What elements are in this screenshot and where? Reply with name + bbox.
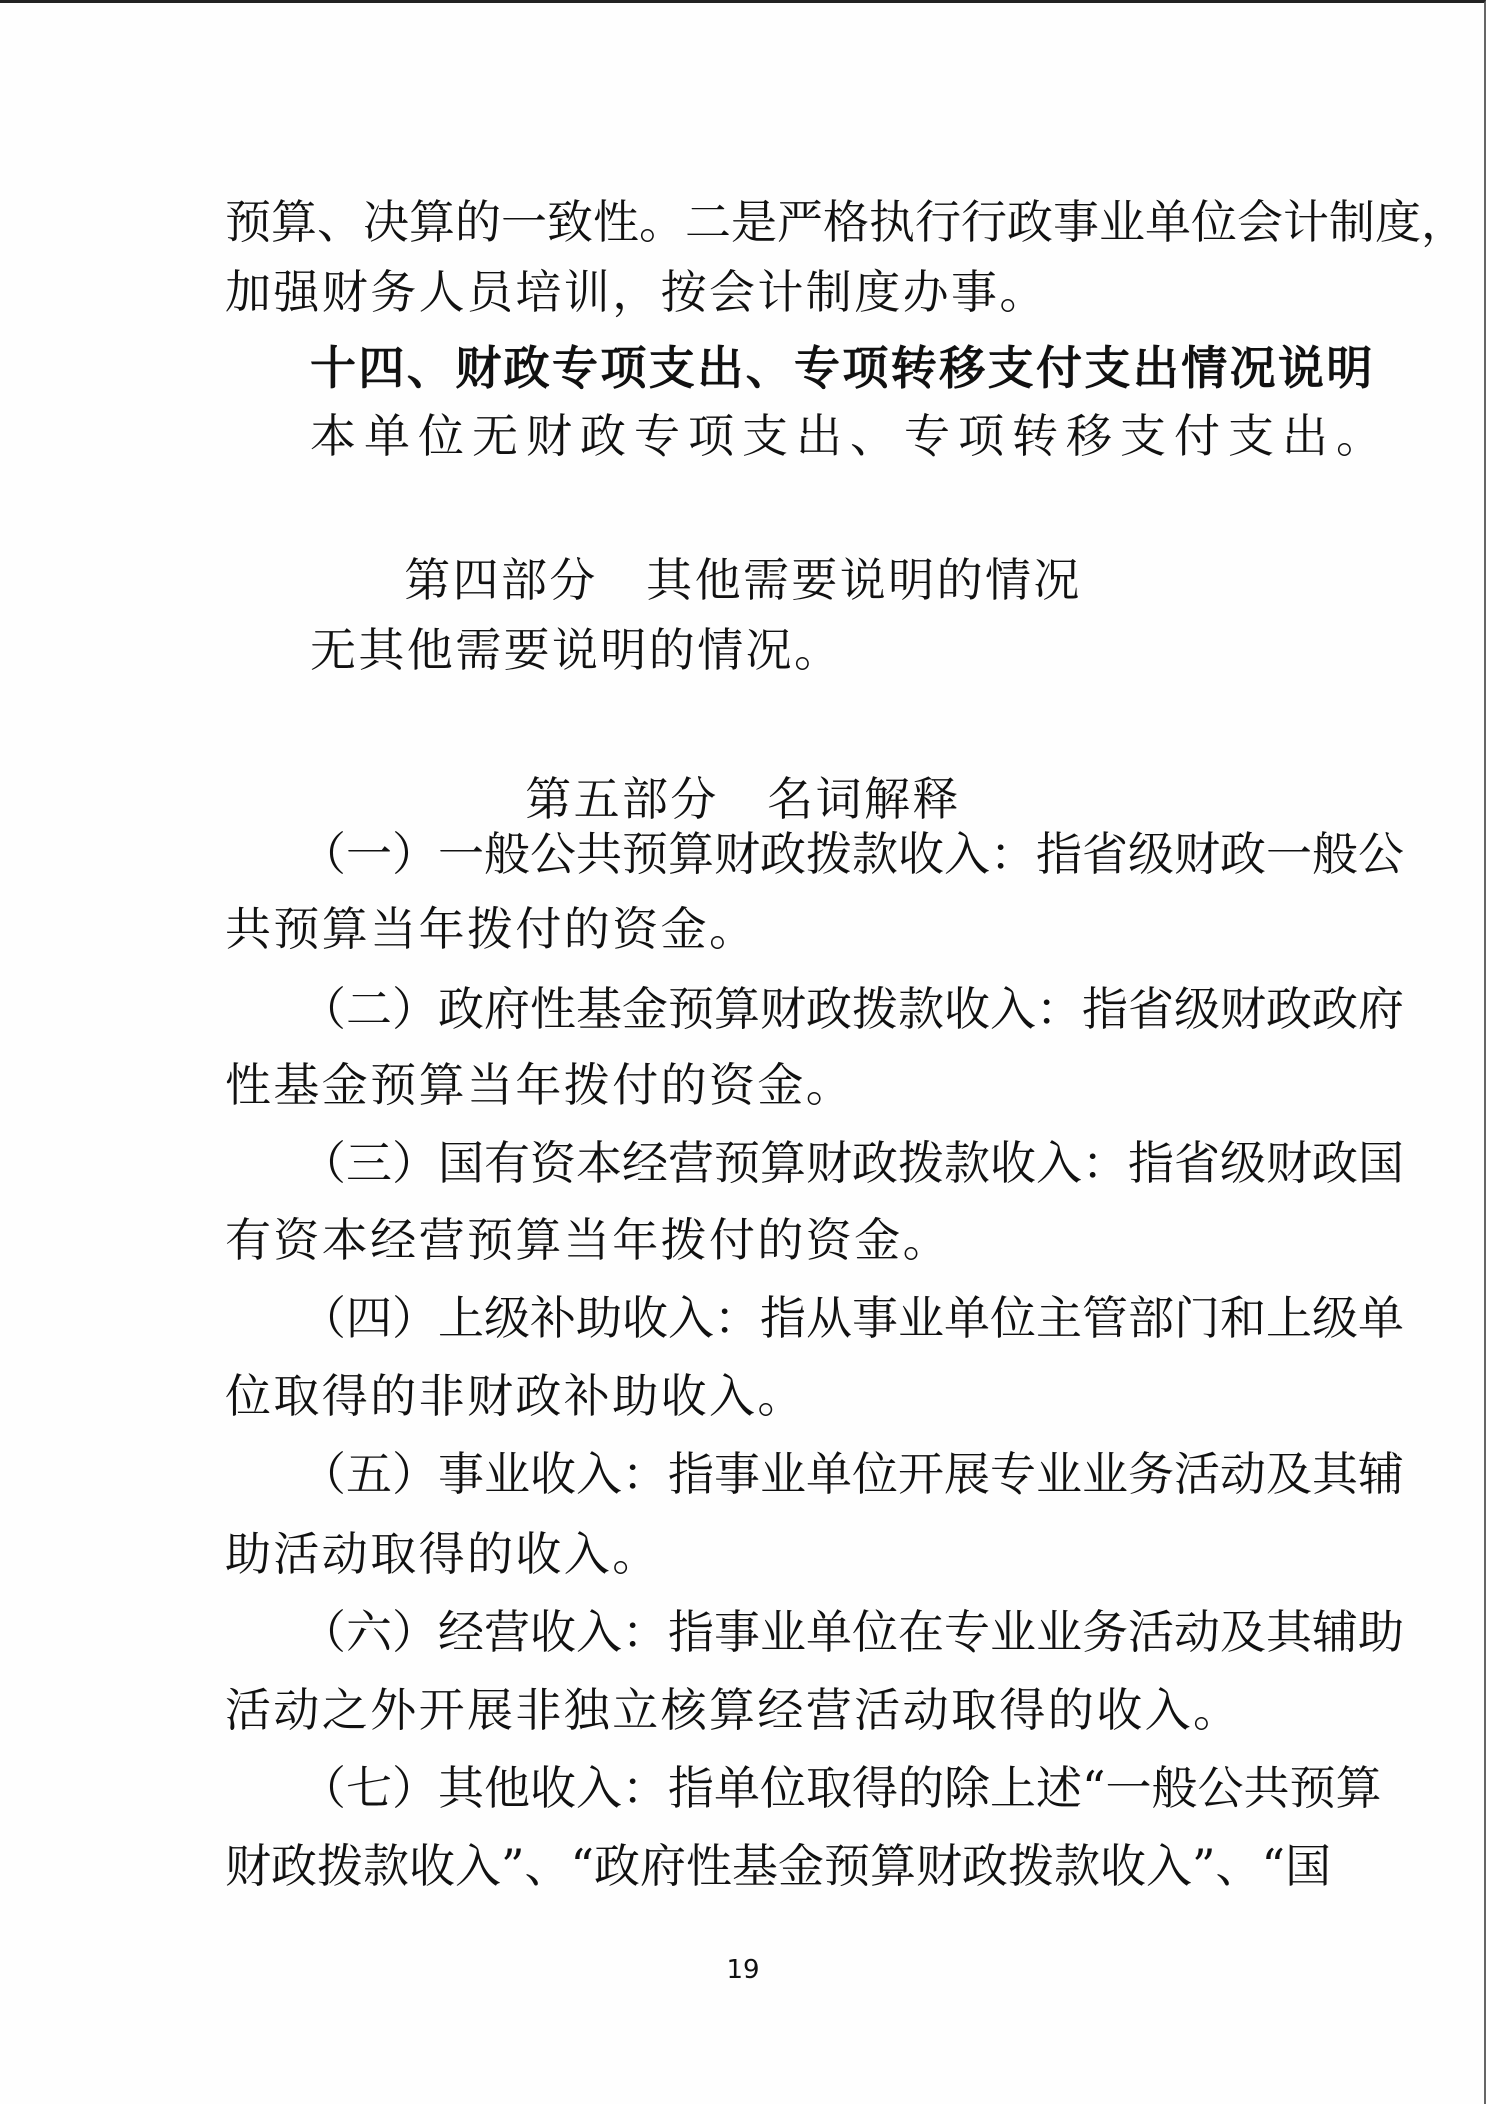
glossary-continuation-line: 有资本经营预算当年拨付的资金。 [225, 1212, 1265, 1268]
section-body: 本单位无财政专项支出、专项转移支付支出。 [310, 408, 1265, 464]
glossary-term-line: （五）事业收入：指事业单位开展专业业务活动及其辅 [300, 1446, 1265, 1502]
part-title: 第四部分 其他需要说明的情况 [0, 552, 1486, 608]
glossary-continuation-line: 助活动取得的收入。 [225, 1526, 1265, 1582]
glossary-term-line: （三）国有资本经营预算财政拨款收入：指省级财政国 [300, 1135, 1265, 1191]
document-page: 预算、决算的一致性。二是严格执行行政事业单位会计制度， 加强财务人员培训，按会计… [0, 0, 1486, 2104]
glossary-term-line: （七）其他收入：指单位取得的除上述“一般公共预算 [300, 1760, 1265, 1816]
paragraph-line: 预算、决算的一致性。二是严格执行行政事业单位会计制度， [225, 194, 1265, 250]
glossary-continuation-line: 活动之外开展非独立核算经营活动取得的收入。 [225, 1682, 1265, 1738]
glossary-continuation-line: 共预算当年拨付的资金。 [225, 901, 1265, 957]
glossary-term-line: （一）一般公共预算财政拨款收入：指省级财政一般公 [300, 826, 1265, 882]
glossary-continuation-line: 性基金预算当年拨付的资金。 [225, 1057, 1265, 1113]
glossary-term-line: （二）政府性基金预算财政拨款收入：指省级财政政府 [300, 981, 1265, 1037]
paragraph-line: 加强财务人员培训，按会计制度办事。 [225, 264, 1265, 320]
glossary-term-line: （六）经营收入：指事业单位在专业业务活动及其辅助 [300, 1604, 1265, 1660]
glossary-term-line: （四）上级补助收入：指从事业单位主管部门和上级单 [300, 1290, 1265, 1346]
glossary-continuation-line: 财政拨款收入”、“政府性基金预算财政拨款收入”、“国 [225, 1838, 1265, 1894]
page-number: 19 [0, 1955, 1486, 1985]
part-title: 第五部分 名词解释 [0, 771, 1486, 827]
glossary-continuation-line: 位取得的非财政补助收入。 [225, 1368, 1265, 1424]
part-body: 无其他需要说明的情况。 [310, 622, 1265, 678]
section-heading: 十四、财政专项支出、专项转移支付支出情况说明 [310, 340, 1210, 396]
